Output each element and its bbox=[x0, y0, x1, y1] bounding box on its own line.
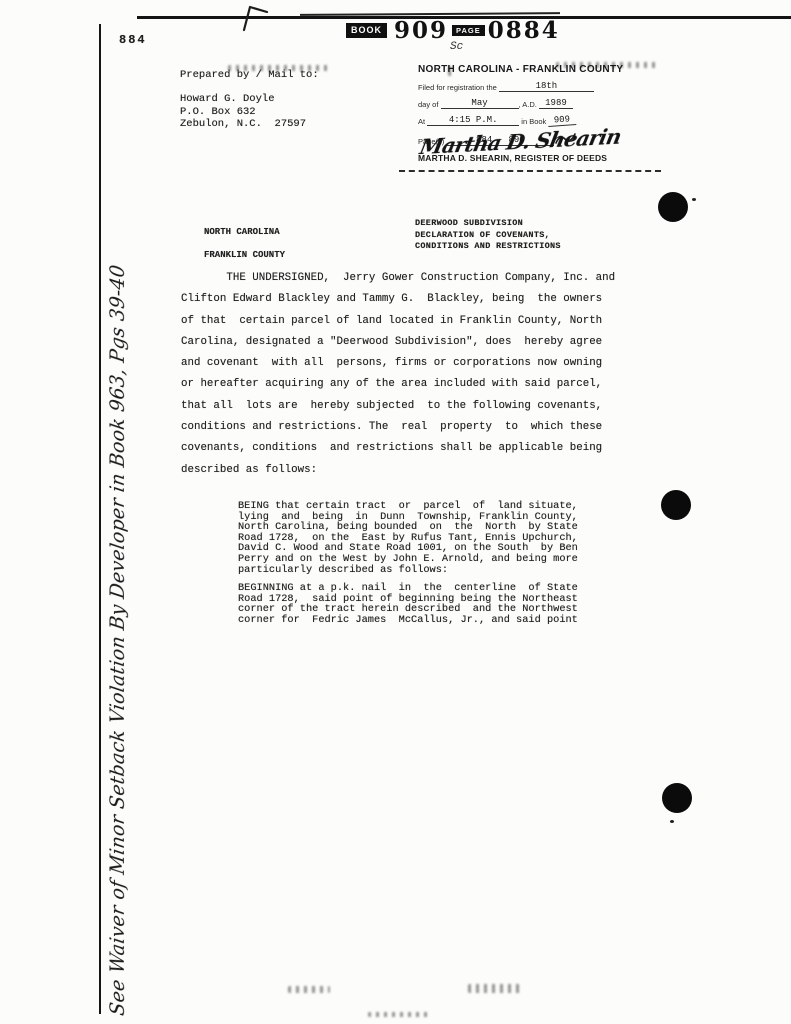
handwritten-margin-note: See Waiver of Minor Setback Violation By… bbox=[107, 263, 129, 1017]
book-page-header: BOOK 909 PAGE 0884 bbox=[346, 19, 560, 42]
ink-speck bbox=[670, 820, 674, 823]
beginning-clause-paragraph: BEGINNING at a p.k. nail in the centerli… bbox=[238, 583, 578, 625]
hole-punch-icon bbox=[658, 192, 688, 222]
book-value: 909 bbox=[548, 114, 577, 127]
text-line: corner for Fedric James McCallus, Jr., a… bbox=[238, 615, 578, 626]
book-number: 909 bbox=[394, 19, 448, 42]
text-line: or hereafter acquiring any of the area i… bbox=[181, 374, 617, 395]
year-value: 1989 bbox=[539, 98, 573, 109]
text-line: NORTH CAROLINA bbox=[204, 221, 285, 244]
legal-description-paragraph: BEING that certain tract or parcel of la… bbox=[238, 501, 578, 575]
header-page-number: 0884 bbox=[488, 19, 560, 42]
filed-prefix-label: Filed for registration the bbox=[418, 83, 497, 92]
stamp-filed-row: Filed for registration the 18th bbox=[418, 81, 663, 92]
text-line: DECLARATION OF COVENANTS, bbox=[415, 230, 561, 242]
text-line: CONDITIONS AND RESTRICTIONS bbox=[415, 241, 561, 253]
stamp-dayof-row: day of May , A.D. 1989 bbox=[418, 98, 663, 109]
scanned-deed-page: 884 BOOK 909 PAGE 0884 Sc Prepared by / … bbox=[0, 0, 791, 1024]
prepared-by-heading: Prepared by / Mail to: bbox=[180, 69, 319, 81]
in-book-label: in Book bbox=[521, 117, 546, 126]
stamp-bottom-dashed-rule bbox=[399, 170, 661, 172]
stamp-title: NORTH CAROLINA - FRANKLIN COUNTY bbox=[418, 64, 663, 75]
time-value: 4:15 P.M. bbox=[427, 115, 519, 126]
ad-label: , A.D. bbox=[519, 100, 537, 109]
text-line: described as follows: bbox=[181, 460, 617, 481]
ink-smudge bbox=[288, 986, 330, 993]
text-line: of that certain parcel of land located i… bbox=[181, 311, 617, 332]
hole-punch-icon bbox=[661, 490, 691, 520]
text-line: conditions and restrictions. The real pr… bbox=[181, 417, 617, 438]
book-label: BOOK bbox=[346, 23, 387, 38]
text-line: DEERWOOD SUBDIVISION bbox=[415, 218, 561, 230]
left-margin-rule bbox=[99, 24, 101, 1014]
registration-stamp: NORTH CAROLINA - FRANKLIN COUNTY Filed f… bbox=[418, 64, 663, 146]
text-line: Carolina, designated a "Deerwood Subdivi… bbox=[181, 332, 617, 353]
registrar-name-line: MARTHA D. SHEARIN, REGISTER OF DEEDS bbox=[418, 153, 607, 163]
dayof-prefix-label: day of bbox=[418, 100, 438, 109]
caption-state-county: NORTH CAROLINAFRANKLIN COUNTY bbox=[204, 221, 285, 267]
text-line: and covenant with all persons, firms or … bbox=[181, 353, 617, 374]
clerk-initials: Sc bbox=[450, 41, 463, 53]
ink-smudge bbox=[368, 1012, 428, 1017]
text-line: Zebulon, N.C. 27597 bbox=[180, 118, 306, 131]
text-line: Howard G. Doyle bbox=[180, 93, 306, 106]
ink-smudge bbox=[468, 984, 520, 993]
pen-tick-icon bbox=[240, 4, 270, 32]
text-line: Clifton Edward Blackley and Tammy G. Bla… bbox=[181, 289, 617, 310]
text-line: that all lots are hereby subjected to th… bbox=[181, 396, 617, 417]
text-line: Perry and on the West by John E. Arnold,… bbox=[238, 554, 578, 565]
text-line: BEING that certain tract or parcel of la… bbox=[238, 501, 578, 512]
declaration-paragraph: THE UNDERSIGNED, Jerry Gower Constructio… bbox=[181, 268, 617, 481]
text-line: THE UNDERSIGNED, Jerry Gower Constructio… bbox=[181, 268, 617, 289]
text-line: BEGINNING at a p.k. nail in the centerli… bbox=[238, 583, 578, 594]
filed-day-value: 18th bbox=[499, 81, 594, 92]
caption-document-title: DEERWOOD SUBDIVISIONDECLARATION OF COVEN… bbox=[415, 218, 561, 253]
ink-speck bbox=[692, 198, 696, 201]
hole-punch-icon bbox=[662, 783, 692, 813]
page-number: 884 bbox=[119, 33, 147, 47]
month-value: May bbox=[441, 98, 519, 109]
text-line: particularly described as follows: bbox=[238, 565, 578, 576]
at-label: At bbox=[418, 117, 425, 126]
prepared-by-address: Howard G. DoyleP.O. Box 632Zebulon, N.C.… bbox=[180, 93, 306, 131]
text-line: covenants, conditions and restrictions s… bbox=[181, 438, 617, 459]
page-label: PAGE bbox=[452, 25, 485, 37]
text-line: FRANKLIN COUNTY bbox=[204, 244, 285, 267]
text-line: P.O. Box 632 bbox=[180, 106, 306, 119]
